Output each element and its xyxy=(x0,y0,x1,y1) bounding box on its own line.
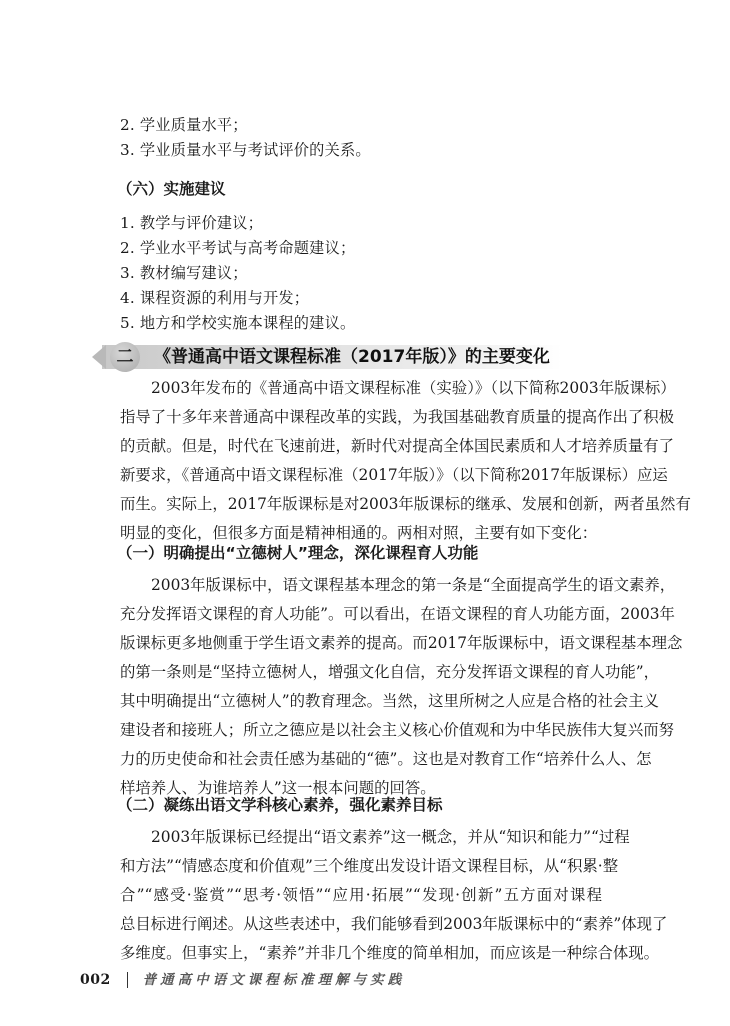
paragraph-line: 多维度。但事实上，“素养”并非几个维度的简单相加，而应该是一种综合体现。 xyxy=(120,939,602,968)
subheading-lide-shuren: （一）明确提出“立德树人”理念，深化课程育人功能 xyxy=(117,541,478,563)
running-title: 普通高中语文课程标准理解与实践 xyxy=(143,972,406,988)
list-item: 3. 学业质量水平与考试评价的关系。 xyxy=(120,140,371,160)
paragraph-line: 而生。实际上，2017年版课标是对2003年版课标的继承、发展和创新，两者虽然有 xyxy=(120,490,602,519)
paragraph-line: 的贡献。但是，时代在飞速前进，新时代对提高全体国民素质和人才培养质量有了 xyxy=(120,432,602,461)
paragraph-line: 新要求，《普通高中语文课程标准（2017年版）》（以下简称2017年版课标）应运 xyxy=(120,461,602,490)
footer-divider xyxy=(127,972,128,988)
paragraph-line: 充分发挥语文课程的育人功能”。可以看出，在语文课程的育人功能方面，2003年 xyxy=(120,600,602,629)
section-number: 二 xyxy=(110,342,140,372)
paragraph-line: 力的历史使命和社会责任感为基础的“德”。这也是对教育工作“培养什么人、怎 xyxy=(120,745,602,774)
paragraph-line: 版课标更多地侧重于学生语文素养的提高。而2017年版课标中，语文课程基本理念 xyxy=(120,629,602,658)
paragraph-intro: 2003年发布的《普通高中语文课程标准（实验）》（以下简称2003年版课标） 指… xyxy=(120,374,602,548)
subheading-core-literacy: （二）凝练出语文学科核心素养，强化素养目标 xyxy=(117,793,443,815)
section-title: 《普通高中语文课程标准（2017年版）》的主要变化 xyxy=(154,344,550,370)
list-item: 3. 教材编写建议； xyxy=(120,263,248,283)
paragraph-line: 建设者和接班人；所立之德应是以社会主义核心价值观和为中华民族伟大复兴而努 xyxy=(120,716,602,745)
list-item: 2. 学业质量水平； xyxy=(120,115,248,135)
page-footer: 002 普通高中语文课程标准理解与实践 xyxy=(80,968,405,988)
paragraph-line: 指导了十多年来普通高中课程改革的实践，为我国基础教育质量的提高作出了积极 xyxy=(120,403,602,432)
paragraph-line: 总目标进行阐述。从这些表述中，我们能够看到2003年版课标中的“素养”体现了 xyxy=(120,910,602,939)
banner-triangle-icon xyxy=(92,345,106,369)
paragraph-line: 2003年发布的《普通高中语文课程标准（实验）》（以下简称2003年版课标） xyxy=(120,374,602,403)
subheading-implementation: （六）实施建议 xyxy=(117,177,226,199)
list-item: 4. 课程资源的利用与开发； xyxy=(120,288,309,308)
paragraph-line: 和方法”“情感态度和价值观”三个维度出发设计语文课程目标，从“积累·整 xyxy=(120,852,602,881)
paragraph-core-literacy: 2003年版课标已经提出“语文素养”这一概念，并从“知识和能力”“过程 和方法”… xyxy=(120,823,602,968)
paragraph-line: 的第一条则是“坚持立德树人，增强文化自信，充分发挥语文课程的育人功能”， xyxy=(120,658,602,687)
paragraph-line: 其中明确提出“立德树人”的教育理念。当然，这里所树之人应是合格的社会主义 xyxy=(120,687,602,716)
list-item: 1. 教学与评价建议； xyxy=(120,213,263,233)
paragraph-line: 合”“感受·鉴赏”“思考·领悟”“应用·拓展”“发现·创新”五方面对课程 xyxy=(120,881,602,910)
paragraph-line: 2003年版课标中，语文课程基本理念的第一条是“全面提高学生的语文素养， xyxy=(120,571,602,600)
paragraph-line: 2003年版课标已经提出“语文素养”这一概念，并从“知识和能力”“过程 xyxy=(120,823,602,852)
page-number: 002 xyxy=(80,972,111,988)
document-page: 2. 学业质量水平； 3. 学业质量水平与考试评价的关系。 （六）实施建议 1.… xyxy=(0,0,730,1026)
paragraph-lide: 2003年版课标中，语文课程基本理念的第一条是“全面提高学生的语文素养， 充分发… xyxy=(120,571,602,803)
section-banner: 二 《普通高中语文课程标准（2017年版）》的主要变化 xyxy=(92,341,652,373)
list-item: 2. 学业水平考试与高考命题建议； xyxy=(120,238,355,258)
list-item: 5. 地方和学校实施本课程的建议。 xyxy=(120,313,355,333)
